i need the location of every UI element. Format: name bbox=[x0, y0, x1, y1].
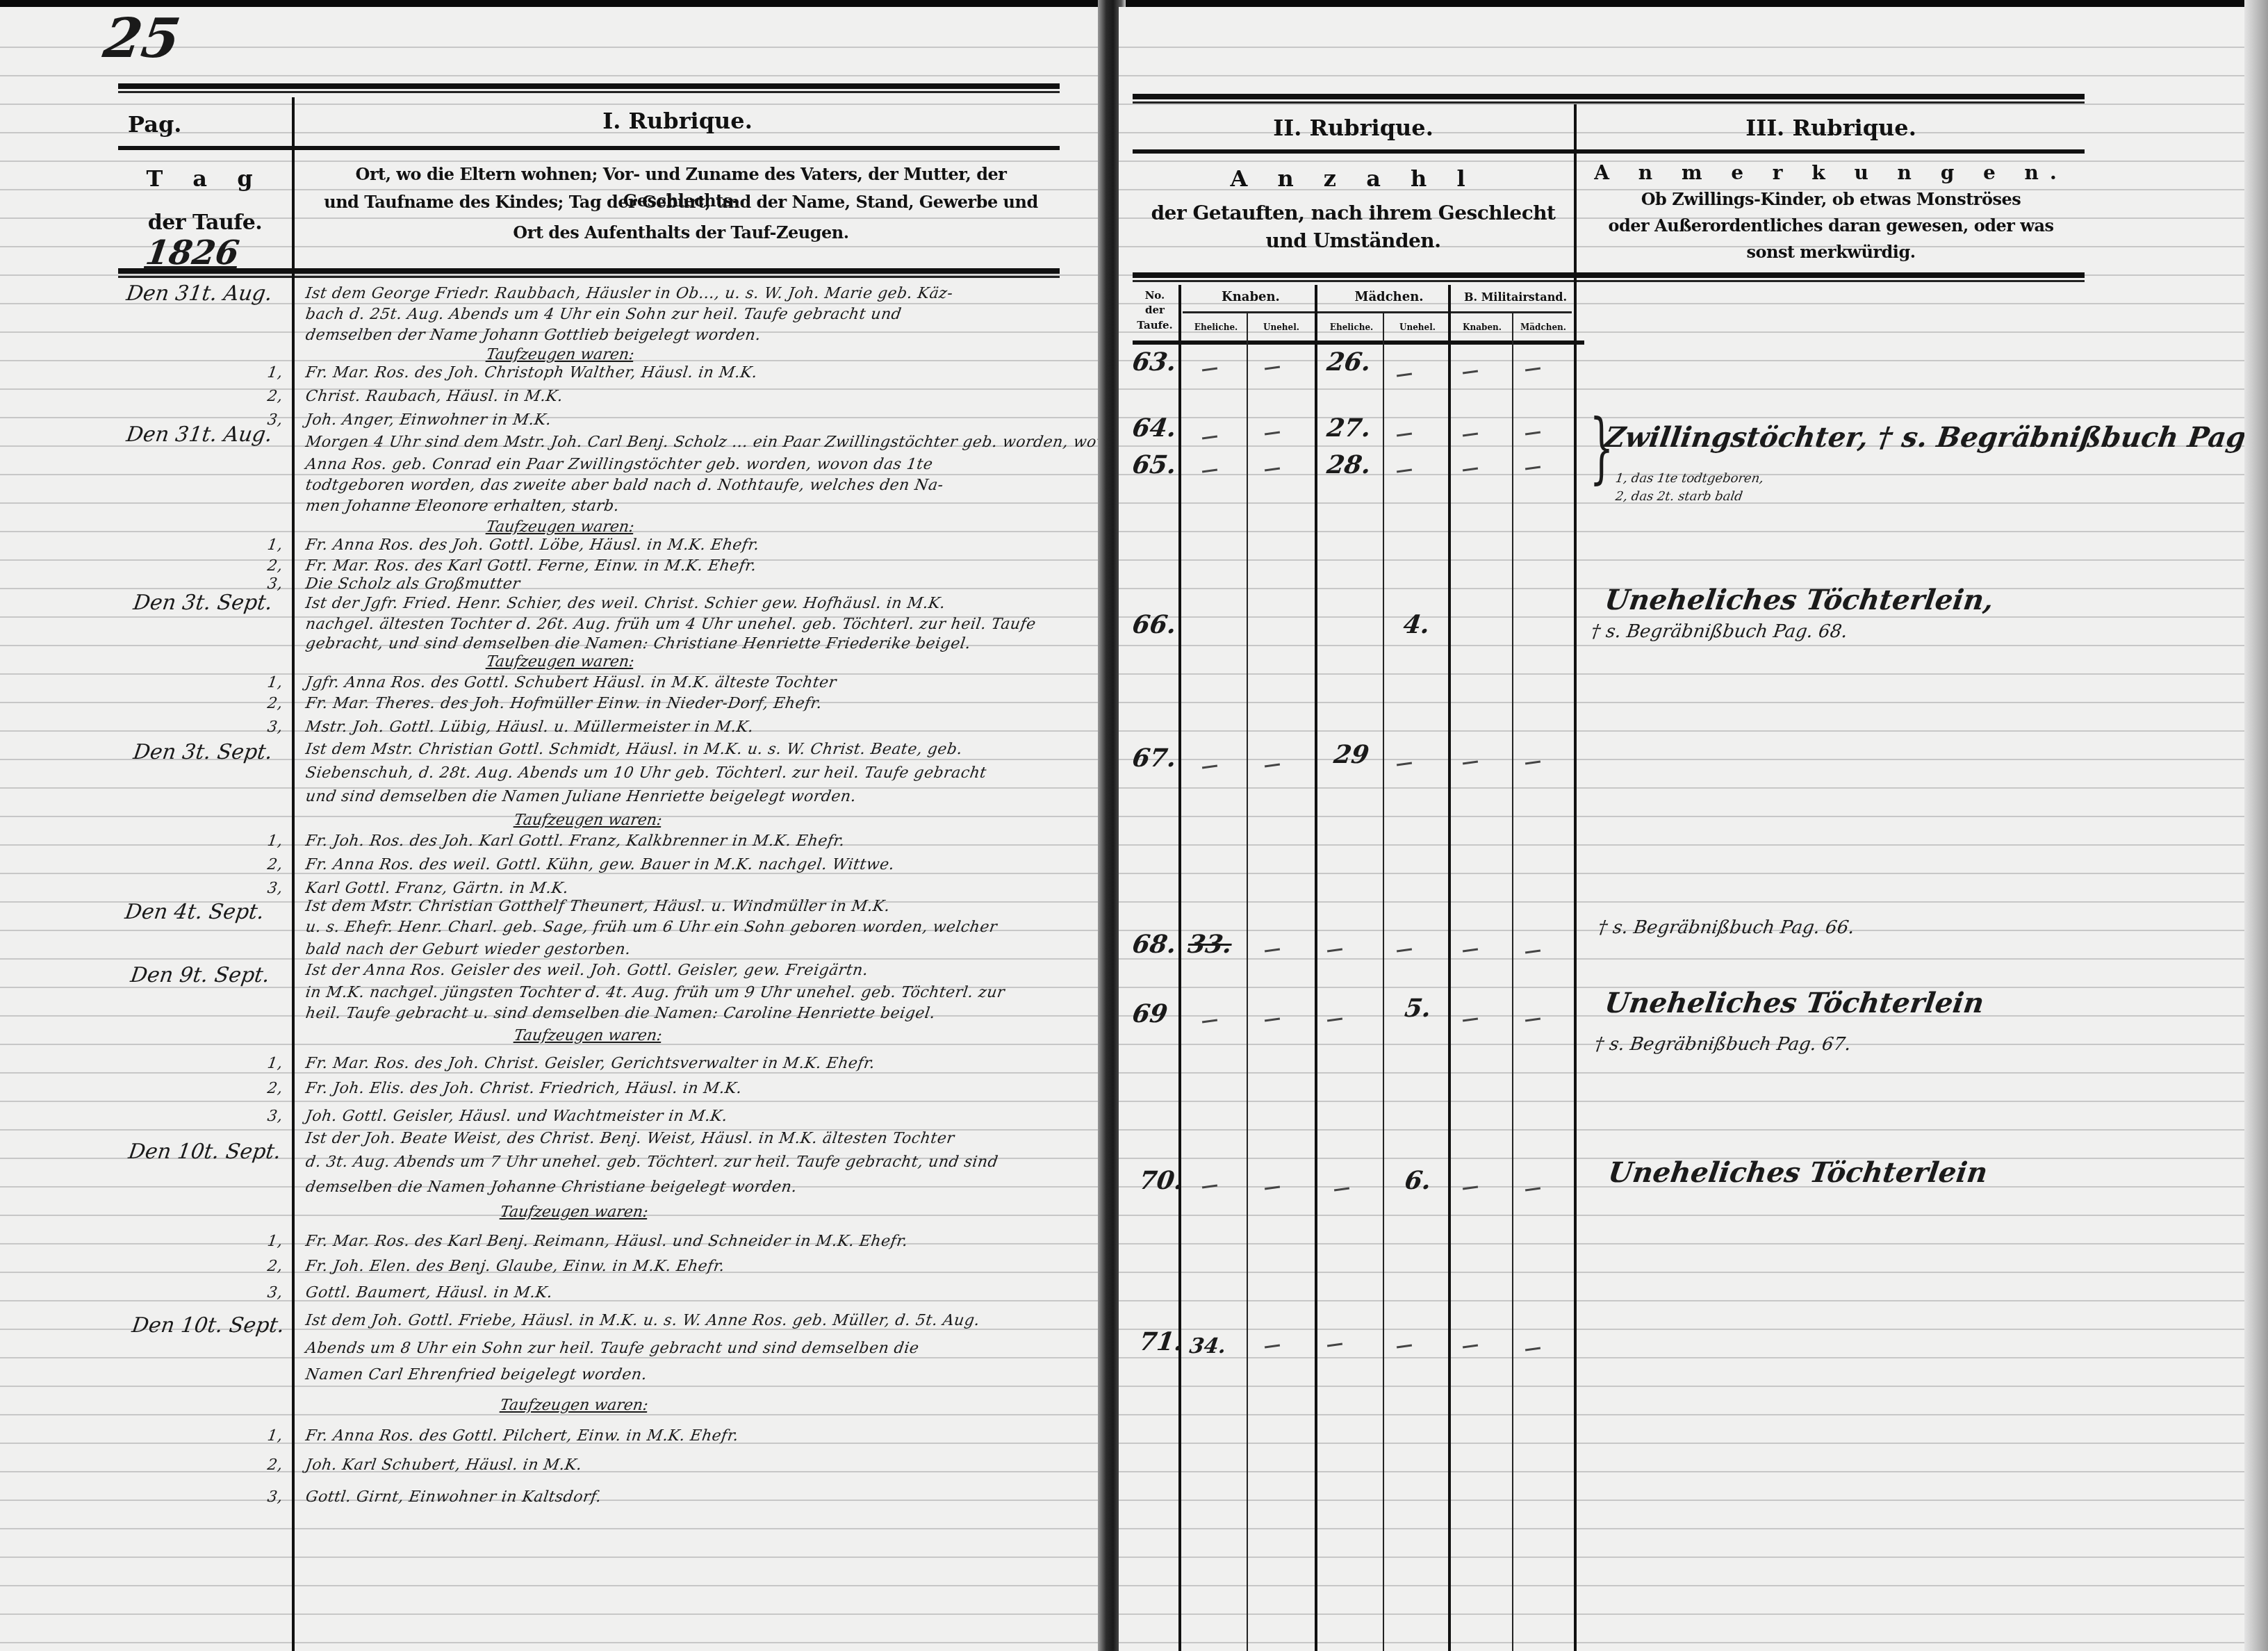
witness-heading: Taufzeugen waren: bbox=[499, 1204, 649, 1221]
maedchen-unehel-count: 5. bbox=[1403, 994, 1433, 1023]
witness-text: Fr. Mar. Ros. des Joh. Christ. Geisler, … bbox=[304, 1055, 876, 1072]
header-knaben-ehel: Eheliche. bbox=[1183, 322, 1249, 332]
witness-number: 1, bbox=[266, 364, 284, 381]
header-anzahl-line1: der Getauften, nach ihrem Geschlecht bbox=[1133, 200, 1574, 227]
entry-text: Ist dem George Friedr. Raubbach, Häusler… bbox=[304, 285, 954, 302]
entry-text: in M.K. nachgel. jüngsten Tochter d. 4t.… bbox=[304, 984, 1006, 1001]
taufe-number: 67. bbox=[1131, 744, 1178, 773]
witness-heading: Taufzeugen waren: bbox=[499, 1397, 649, 1414]
entry-date: Den 31t. Aug. bbox=[125, 281, 274, 306]
header-lower-rule bbox=[1133, 272, 2085, 282]
entry-date: Den 4t. Sept. bbox=[124, 900, 266, 924]
entry-text: Anna Ros. geb. Conrad ein Paar Zwillings… bbox=[304, 456, 934, 473]
header-maedchen-unehel: Unehel. bbox=[1384, 322, 1451, 332]
col-divider-maedchen bbox=[1448, 285, 1451, 1651]
entry-text: demselben der Name Johann Gottlieb beige… bbox=[304, 327, 762, 344]
entry-date: Den 9t. Sept. bbox=[129, 963, 272, 987]
witness-text: Fr. Joh. Elen. des Benj. Glaube, Einw. i… bbox=[304, 1258, 725, 1275]
table-head-bottom-rule bbox=[1133, 340, 1584, 345]
header-mil-knaben: Knaben. bbox=[1451, 322, 1513, 332]
witness-number: 2, bbox=[266, 695, 284, 712]
entry-text: d. 3t. Aug. Abends um 7 Uhr unehel. geb.… bbox=[304, 1153, 999, 1171]
header-rubrique-3: III. Rubrique. bbox=[1577, 115, 2085, 141]
header-description-line2: und Taufname des Kindes; Tag der Geburt,… bbox=[306, 189, 1056, 215]
witness-heading: Taufzeugen waren: bbox=[485, 346, 635, 363]
remark-subtext: 1, das 1te todtgeboren, bbox=[1615, 471, 1765, 486]
header-anzahl: A n z a h l bbox=[1133, 165, 1574, 192]
witness-heading: Taufzeugen waren: bbox=[513, 1027, 663, 1044]
witness-text: Joh. Karl Schubert, Häusl. in M.K. bbox=[304, 1456, 583, 1474]
header-anmerkungen-line1: Ob Zwillings-Kinder, ob etwas Monströses bbox=[1577, 186, 2085, 213]
col-divider-knaben bbox=[1315, 285, 1317, 1651]
taufe-number: 71. bbox=[1137, 1327, 1185, 1356]
witness-number: 3, bbox=[266, 880, 284, 897]
entry-text: Ist der Joh. Beate Weist, des Christ. Be… bbox=[304, 1130, 955, 1147]
left-page: 25 Pag. I. Rubrique. T a g der Taufe. 18… bbox=[0, 7, 1105, 1651]
entry-date: Den 3t. Sept. bbox=[132, 591, 274, 615]
entry-text: u. s. Ehefr. Henr. Charl. geb. Sage, frü… bbox=[304, 919, 998, 936]
register-year: 1826 bbox=[143, 233, 241, 272]
entry-text: Siebenschuh, d. 28t. Aug. Abends um 10 U… bbox=[304, 764, 987, 782]
entry-text: gebracht, und sind demselben die Namen: … bbox=[304, 635, 971, 652]
entry-text: demselben die Namen Johanne Christiane b… bbox=[304, 1178, 798, 1196]
header-taufe: Taufe. bbox=[1134, 318, 1176, 332]
maedchen-ehel-count: 28. bbox=[1325, 450, 1373, 479]
date-column-divider bbox=[292, 97, 295, 1651]
witness-heading: Taufzeugen waren: bbox=[513, 812, 663, 829]
knaben-ehel-count: 34. bbox=[1188, 1334, 1228, 1358]
entry-date: Den 10t. Sept. bbox=[127, 1140, 283, 1164]
col-divider-mil-sub bbox=[1512, 313, 1513, 1651]
maedchen-unehel-count: 6. bbox=[1403, 1166, 1433, 1195]
entry-text: Ist dem Joh. Gottl. Friebe, Häusl. in M.… bbox=[304, 1312, 980, 1329]
header-maedchen-ehel: Eheliche. bbox=[1319, 322, 1384, 332]
page-number: 25 bbox=[100, 7, 184, 70]
taufe-number: 70. bbox=[1137, 1166, 1185, 1195]
header-anmerkungen-line3: sonst merkwürdig. bbox=[1577, 239, 2085, 265]
remark-text: Uneheliches Töchterlein bbox=[1603, 987, 1986, 1019]
header-der: der bbox=[1134, 303, 1176, 317]
witness-number: 3, bbox=[266, 1284, 284, 1301]
remark-subtext: 2, das 2t. starb bald bbox=[1615, 489, 1744, 504]
maedchen-ehel-count: 27. bbox=[1325, 413, 1373, 443]
witness-number: 2, bbox=[266, 388, 284, 405]
remark-text: Zwillingstöchter, † s. Begräbnißbuch Pag… bbox=[1603, 421, 2268, 454]
header-mid-rule bbox=[1133, 149, 2085, 154]
entry-text: Abends um 8 Uhr ein Sohn zur heil. Taufe… bbox=[304, 1340, 920, 1357]
taufe-number: 69 bbox=[1131, 999, 1169, 1028]
entry-text: todtgeboren worden, das zweite aber bald… bbox=[304, 477, 944, 494]
witness-text: Gottl. Girnt, Einwohner in Kaltsdorf. bbox=[304, 1488, 602, 1506]
entry-date: Den 3t. Sept. bbox=[132, 740, 274, 764]
witness-text: Fr. Mar. Theres. des Joh. Hofmüller Einw… bbox=[304, 695, 823, 712]
witness-number: 1, bbox=[266, 1233, 284, 1250]
header-rubrique-1: I. Rubrique. bbox=[295, 108, 1060, 134]
witness-text: Joh. Gottl. Geisler, Häusl. und Wachtmei… bbox=[304, 1108, 728, 1125]
remark-text: Uneheliches Töchterlein bbox=[1606, 1156, 1989, 1189]
witness-number: 1, bbox=[266, 1427, 284, 1445]
witness-number: 2, bbox=[266, 557, 284, 575]
entry-text: und sind demselben die Namen Juliane Hen… bbox=[304, 788, 857, 805]
subheader-rule bbox=[1183, 311, 1572, 313]
page-edge-shadow bbox=[2244, 0, 2268, 1651]
witness-text: Fr. Joh. Ros. des Joh. Karl Gottl. Franz… bbox=[304, 832, 846, 850]
remark-subtext: † s. Begräbnißbuch Pag. 68. bbox=[1590, 621, 1849, 642]
witness-number: 2, bbox=[266, 1258, 284, 1275]
taufe-number: 64. bbox=[1131, 413, 1178, 443]
witness-number: 1, bbox=[266, 674, 284, 691]
entry-text: nachgel. ältesten Tochter d. 26t. Aug. f… bbox=[304, 616, 1037, 633]
header-mid-rule bbox=[118, 146, 1060, 150]
col-divider-knaben-sub bbox=[1247, 313, 1248, 1651]
right-page: II. Rubrique. III. Rubrique. A n z a h l… bbox=[1119, 7, 2268, 1651]
header-knaben: Knaben. bbox=[1181, 290, 1320, 304]
witness-number: 2, bbox=[266, 1080, 284, 1097]
witness-text: Gottl. Baumert, Häusl. in M.K. bbox=[304, 1284, 554, 1301]
taufe-number: 65. bbox=[1131, 450, 1178, 479]
remark-text: † s. Begräbnißbuch Pag. 66. bbox=[1597, 917, 1856, 938]
rubrique-divider bbox=[1574, 104, 1577, 1651]
header-anzahl-line2: und Umständen. bbox=[1133, 228, 1574, 254]
taufe-number: 68. bbox=[1131, 930, 1178, 959]
taufe-number: 63. bbox=[1131, 347, 1178, 377]
witness-number: 1, bbox=[266, 536, 284, 554]
header-no: No. bbox=[1134, 288, 1176, 302]
entry-text: Ist der Anna Ros. Geisler des weil. Joh.… bbox=[304, 962, 869, 979]
header-rubrique-2: II. Rubrique. bbox=[1133, 115, 1574, 141]
header-anmerkungen: A n m e r k u n g e n. bbox=[1577, 161, 2085, 184]
header-knaben-unehel: Unehel. bbox=[1249, 322, 1313, 332]
witness-text: Jgfr. Anna Ros. des Gottl. Schubert Häus… bbox=[304, 674, 837, 691]
witness-text: Christ. Raubach, Häusl. in M.K. bbox=[304, 388, 564, 405]
maedchen-ehel-count: 26. bbox=[1325, 347, 1373, 377]
entry-text: heil. Taufe gebracht u. sind demselben d… bbox=[304, 1005, 936, 1022]
remark-text: Uneheliches Töchterlein, bbox=[1603, 584, 1996, 616]
col-divider-maedchen-sub bbox=[1383, 313, 1384, 1651]
witness-number: 3, bbox=[266, 1108, 284, 1125]
header-bottom-rule bbox=[118, 268, 1060, 278]
header-tag: T a g bbox=[118, 165, 292, 192]
remark-subtext: † s. Begräbnißbuch Pag. 67. bbox=[1593, 1034, 1852, 1055]
entry-text: men Johanne Eleonore erhalten, starb. bbox=[304, 498, 621, 515]
witness-heading: Taufzeugen waren: bbox=[485, 518, 635, 536]
witness-text: Fr. Anna Ros. des Joh. Gottl. Löbe, Häus… bbox=[304, 536, 760, 554]
header-militairstand: B. Militairstand. bbox=[1456, 290, 1575, 304]
witness-text: Die Scholz als Großmutter bbox=[304, 575, 521, 593]
witness-text: Karl Gottl. Franz, Gärtn. in M.K. bbox=[304, 880, 570, 897]
witness-text: Fr. Mar. Ros. des Karl Gottl. Ferne, Ein… bbox=[304, 557, 757, 575]
witness-text: Mstr. Joh. Gottl. Lübig, Häusl. u. Mülle… bbox=[304, 718, 755, 736]
header-der-taufe: der Taufe. bbox=[118, 210, 292, 236]
witness-number: 1, bbox=[266, 1055, 284, 1072]
entry-text: Ist der Jgfr. Fried. Henr. Schier, des w… bbox=[304, 595, 946, 612]
witness-heading: Taufzeugen waren: bbox=[485, 653, 635, 671]
maedchen-ehel-count: 29 bbox=[1332, 740, 1371, 769]
witness-text: Joh. Anger, Einwohner in M.K. bbox=[304, 411, 552, 429]
witness-number: 3, bbox=[266, 718, 284, 736]
entry-text: Morgen 4 Uhr sind dem Mstr. Joh. Carl Be… bbox=[304, 434, 1188, 451]
entry-text: bald nach der Geburt wieder gestorben. bbox=[304, 941, 632, 958]
header-top-rule bbox=[1133, 94, 2085, 104]
header-top-rule bbox=[118, 83, 1060, 93]
header-description-line3: Ort des Aufenthalts der Tauf-Zeugen. bbox=[306, 220, 1056, 246]
maedchen-unehel-count: 4. bbox=[1402, 610, 1431, 639]
header-anmerkungen-line2: oder Außerordentliches daran gewesen, od… bbox=[1577, 213, 2085, 239]
witness-text: Fr. Anna Ros. des weil. Gottl. Kühn, gew… bbox=[304, 856, 896, 873]
knaben-ehel-count: 33. bbox=[1186, 930, 1234, 959]
witness-number: 2, bbox=[266, 1456, 284, 1474]
witness-text: Fr. Mar. Ros. des Joh. Christoph Walther… bbox=[304, 364, 758, 381]
entry-text: Ist dem Mstr. Christian Gotthelf Theuner… bbox=[304, 898, 891, 915]
witness-text: Fr. Anna Ros. des Gottl. Pilchert, Einw.… bbox=[304, 1427, 740, 1445]
header-mil-maedchen: Mädchen. bbox=[1513, 322, 1573, 332]
witness-number: 3, bbox=[266, 1488, 284, 1506]
witness-number: 1, bbox=[266, 832, 284, 850]
entry-date: Den 31t. Aug. bbox=[125, 422, 274, 447]
entry-text: bach d. 25t. Aug. Abends um 4 Uhr ein So… bbox=[304, 306, 903, 323]
witness-number: 2, bbox=[266, 856, 284, 873]
witness-text: Fr. Mar. Ros. des Karl Benj. Reimann, Hä… bbox=[304, 1233, 909, 1250]
entry-text: Namen Carl Ehrenfried beigelegt worden. bbox=[304, 1366, 648, 1383]
entry-text: Ist dem Mstr. Christian Gottl. Schmidt, … bbox=[304, 741, 964, 758]
header-pag: Pag. bbox=[118, 111, 302, 138]
header-maedchen: Mädchen. bbox=[1323, 290, 1455, 304]
entry-date: Den 10t. Sept. bbox=[131, 1313, 286, 1338]
witness-text: Fr. Joh. Elis. des Joh. Christ. Friedric… bbox=[304, 1080, 743, 1097]
taufe-number: 66. bbox=[1131, 610, 1178, 639]
col-divider-no bbox=[1178, 285, 1181, 1651]
